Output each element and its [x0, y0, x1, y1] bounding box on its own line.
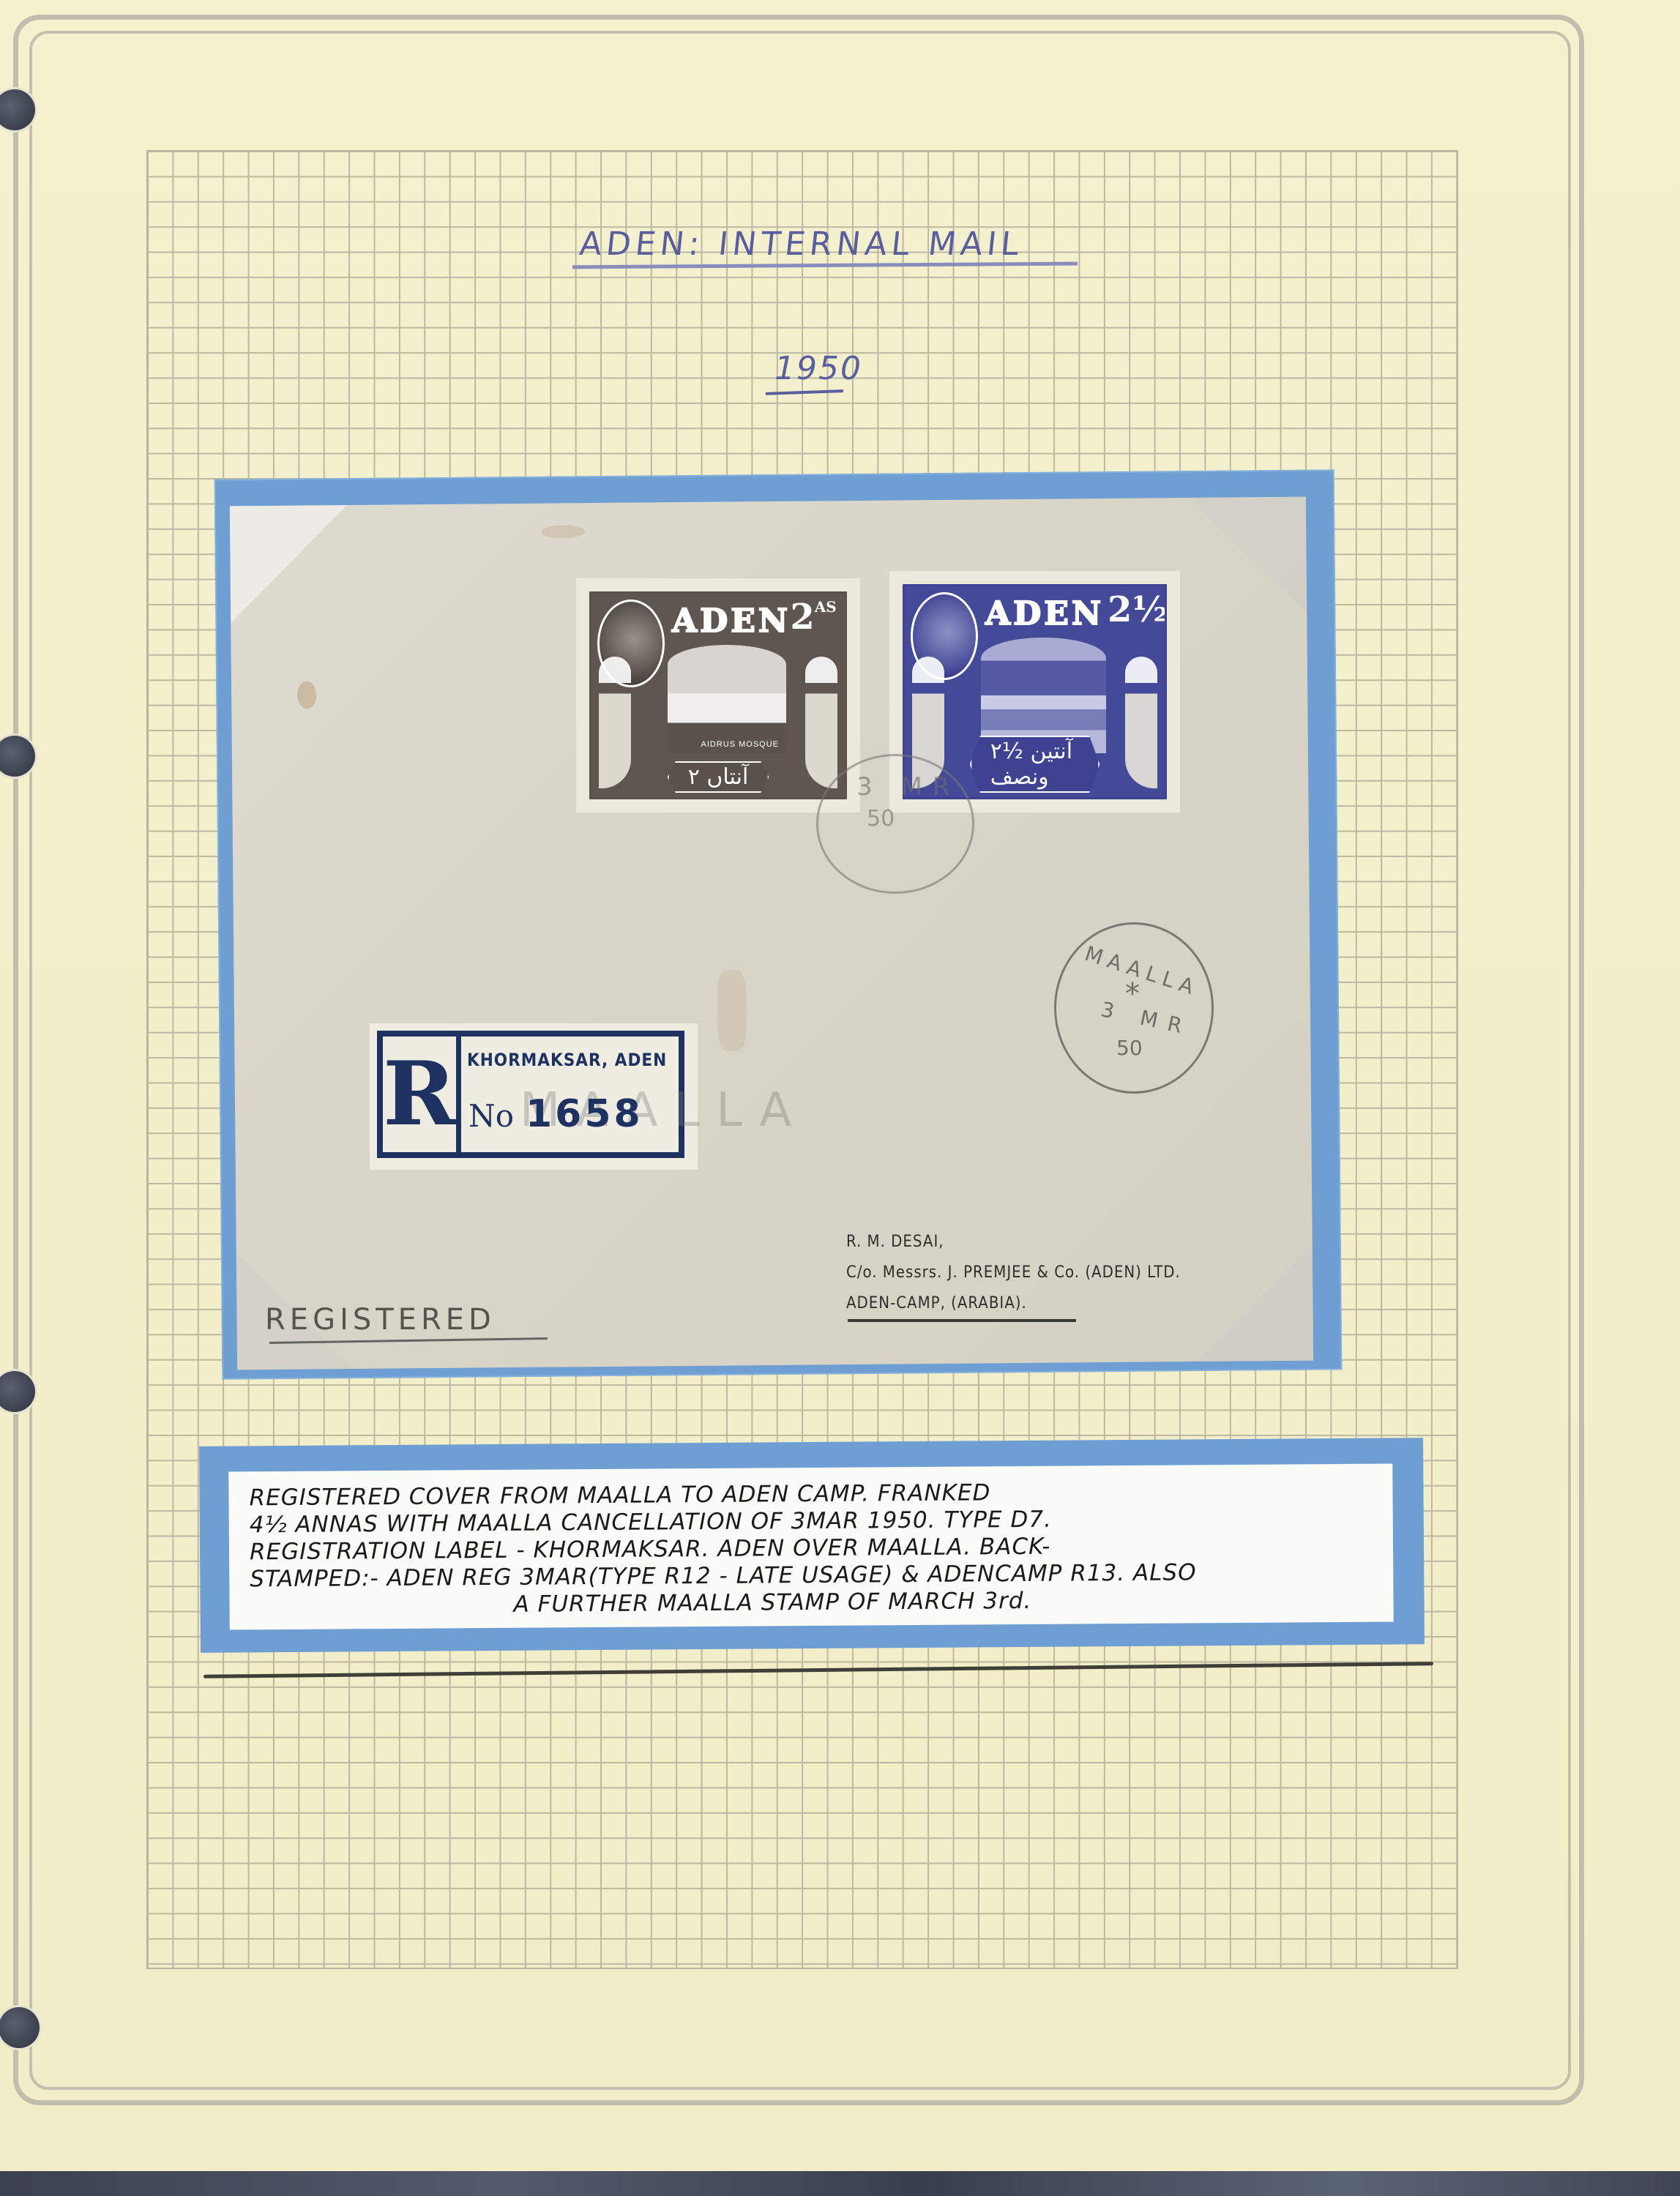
postmark-date: 3 MR: [1099, 997, 1194, 1040]
dagger-icon: [1125, 657, 1157, 788]
scan-background-strip: [0, 2171, 1680, 2196]
handwritten-registered: REGISTERED: [265, 1303, 496, 1337]
native-value: ۲½ آنتین ونصف: [970, 736, 1100, 793]
registration-no-prefix: No: [468, 1098, 514, 1134]
postmark-town: MAALLA: [1082, 941, 1203, 1001]
scene-caption: AIDRUS MOSQUE: [701, 740, 779, 749]
mount-corner: [1189, 497, 1307, 615]
stain: [717, 970, 747, 1050]
caption-text: REGISTERED COVER FROM MAALLA TO ADEN CAM…: [249, 1477, 1378, 1621]
mosque-scene: [668, 645, 786, 753]
address-line-3: ADEN-CAMP, (ARABIA).: [846, 1288, 1181, 1319]
stamp-2-annas: ADEN 2AS AIDRUS MOSQUE ۲ آنتاں: [576, 578, 860, 813]
postmark-maalla: MAALLA * 3 MR 50: [1054, 922, 1214, 1094]
address-line-1: R. M. DESAI,: [846, 1227, 1181, 1258]
album-page: ADEN: INTERNAL MAIL 1950 ADEN 2AS AIDRUS…: [0, 0, 1680, 2173]
native-value: ۲ آنتاں: [668, 761, 769, 793]
registration-letter: R: [383, 1037, 461, 1152]
stamp-country: ADEN: [672, 602, 791, 640]
page-year: 1950: [774, 350, 862, 387]
address-underline: [848, 1319, 1076, 1322]
address-block: R. M. DESAI, C/o. Messrs. J. PREMJEE & C…: [846, 1227, 1181, 1319]
postmark-year: 50: [1116, 1036, 1143, 1060]
registration-office: KHORMAKSAR, ADEN: [467, 1050, 667, 1070]
page-title: ADEN: INTERNAL MAIL: [578, 225, 1079, 263]
address-line-2: C/o. Messrs. J. PREMJEE & Co. (ADEN) LTD…: [846, 1258, 1181, 1288]
dagger-icon: [599, 657, 631, 788]
stamp-country: ADEN: [985, 595, 1104, 632]
registration-label: R MAALLA KHORMAKSAR, ADEN No 1658: [370, 1023, 698, 1170]
postmark-cancel: 3 MR 50: [816, 754, 974, 894]
postmark-date: 3 MR: [856, 772, 960, 802]
mount-corner: [1195, 1244, 1313, 1362]
stamp-design: ADEN 2AS AIDRUS MOSQUE ۲ آنتاں: [589, 591, 847, 799]
registration-body: MAALLA KHORMAKSAR, ADEN No 1658: [461, 1037, 679, 1152]
dagger-icon: [805, 657, 837, 788]
caption-card: REGISTERED COVER FROM MAALLA TO ADEN CAM…: [228, 1463, 1393, 1629]
mount-corner: [230, 505, 348, 623]
stain: [297, 681, 316, 709]
binder-hole: [0, 2007, 40, 2048]
stain: [541, 525, 585, 539]
postmark-year: 50: [867, 806, 895, 832]
registration-frame: R MAALLA KHORMAKSAR, ADEN No 1658: [377, 1031, 684, 1158]
registration-number: 1658: [526, 1092, 643, 1136]
